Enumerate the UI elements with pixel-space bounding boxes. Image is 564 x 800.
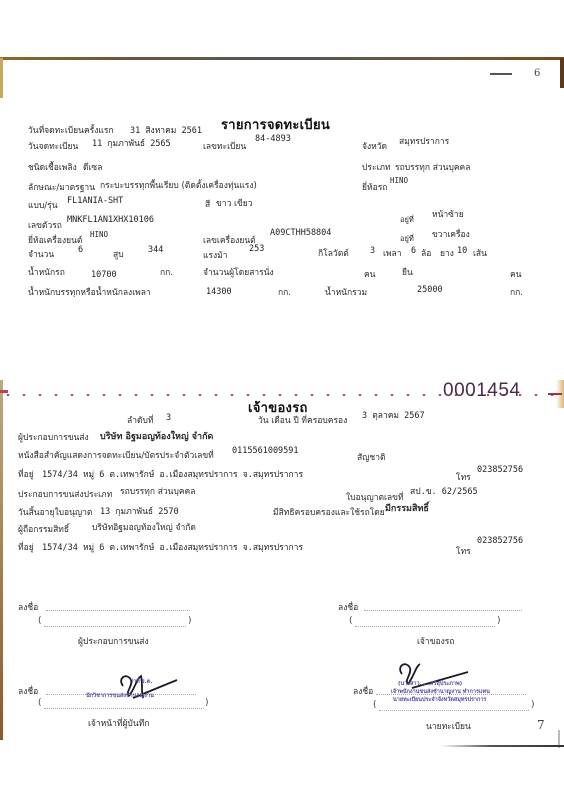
engine-brand-label: ยี่ห้อเครื่องยนต์ (28, 233, 82, 247)
load-value: 14300 (206, 287, 232, 297)
license-no-value: สป.ข. 62/2565 (410, 484, 478, 498)
tires-value: 10 (457, 246, 467, 256)
name-line-operator (44, 625, 186, 627)
seats-unit: คน (364, 267, 376, 281)
kilowatt-label: กิโลวัตต์ (318, 246, 349, 260)
owner-phone-value: 023852756 (477, 536, 523, 546)
seats-label: จำนวนผู้โดยสารนั่ง (203, 265, 274, 279)
model-label: แบบ/รุ่น (28, 198, 58, 212)
character-value: กระบะบรรทุกพื้นเรียบ (ติดตั้งเครื่องทุ่น… (100, 178, 257, 192)
name-line-owner (355, 625, 495, 627)
engine-number-value: A09CTHH58804 (270, 228, 331, 238)
license-expiry-value: 13 กุมภาพันธ์ 2570 (100, 504, 179, 518)
paren-close: ) (531, 700, 535, 710)
stamp-registrar-line-3: นายทะเบียนประจำจังหวัดสมุทรปราการ (393, 696, 486, 704)
horsepower-value: 253 (249, 244, 264, 254)
plate-value: 84-4893 (255, 134, 291, 144)
axles-unit: เพลา (383, 246, 402, 260)
load-label: น้ำหนักบรรทุกหรือน้ำหนักลงเพลา (28, 285, 151, 299)
paren-open: ( (373, 700, 377, 710)
transport-type-label: ประกอบการขนส่งประเภท (18, 487, 112, 501)
standing-label: ยืน (402, 265, 413, 279)
weight-value: 10700 (91, 270, 117, 280)
engine-number-label: เลขเครื่องยนต์ (203, 233, 256, 247)
paren-open: ( (349, 616, 353, 626)
wheels-unit: ล้อ (421, 246, 431, 260)
wheels-value: 6 (411, 246, 416, 256)
stamp-officer-top: ว่าที่ ร.ต. (130, 678, 152, 686)
operator-value: บริษัท อิฐมอญท้องใหญ่ จำกัด (100, 429, 213, 443)
first-registration-value: 31 สิงหาคม 2561 (130, 123, 202, 137)
doc-label: หนังสือสำคัญแสดงการจดทะเบียน/บัตรประจำตั… (18, 448, 214, 462)
page-number-6: 6 (534, 68, 540, 79)
signature-line-owner (364, 609, 522, 611)
paren-close: ) (188, 616, 192, 626)
section-title-registration: รายการจดทะเบียน (221, 114, 330, 135)
owner-phone-label: โทร (456, 544, 471, 558)
signature-scribble-officer (115, 668, 185, 708)
first-registration-label: วันที่จดทะเบียนครั้งแรก (28, 123, 114, 137)
page-top-edge (0, 57, 564, 60)
province-value: สมุทรปราการ (399, 134, 449, 148)
type-value: รถบรรทุก ส่วนบุคคล (395, 160, 470, 174)
character-label: ลักษณะ/มาตรฐาน (28, 180, 95, 194)
brand-value: HINO (390, 176, 408, 185)
owner-value: บริษัทอิฐมอญท้องใหญ่ จำกัด (92, 520, 196, 534)
phone-value: 023852756 (477, 465, 523, 475)
serial-number: 0001454 (443, 380, 520, 402)
name-line-registrar (379, 709, 529, 711)
signature-line-operator (46, 609, 190, 611)
load-unit: กก. (278, 285, 291, 299)
gross-weight-label: น้ำหนักรวม (325, 285, 367, 299)
perforation-left (0, 390, 8, 393)
name-line-officer (44, 707, 204, 709)
possession-date-value: 3 ตุลาคม 2567 (362, 408, 425, 422)
owner-address-label: ที่อยู่ (18, 540, 34, 554)
phone-label: โทร (456, 470, 471, 484)
axles-value: 3 (370, 246, 375, 256)
doc-value: 0115561009591 (232, 446, 299, 456)
registration-date-label: วันจดทะเบียน (28, 139, 78, 153)
signature-label-officer: ลงชื่อ (18, 684, 38, 698)
perforation-right (548, 393, 562, 395)
transport-type-value: รถบรรทุก ส่วนบุคคล (120, 484, 195, 498)
rights-label: มีสิทธิครอบครองและใช้รถโดย (273, 505, 385, 519)
nationality-label: สัญชาติ (357, 450, 386, 464)
weight-unit: กก. (160, 265, 173, 279)
signature-label-registrar: ลงชื่อ (353, 684, 373, 698)
type-label: ประเภท (362, 160, 391, 174)
page-left-edge-lower (0, 380, 3, 740)
brand-label: ยี่ห้อรถ (362, 180, 387, 194)
registration-date-value: 11 กุมภาพันธ์ 2565 (92, 136, 171, 150)
chassis-location-value: หน้าซ้าย (432, 207, 464, 221)
signature-role-registrar: นายทะเบียน (426, 719, 471, 733)
dash-mark (490, 73, 512, 75)
weight-label: น้ำหนักรถ (28, 265, 65, 279)
signature-role-owner: เจ้าของรถ (417, 634, 454, 648)
cylinders-value: 6 (78, 245, 83, 255)
page-number-7: 7 (537, 718, 545, 732)
color-value: ขาว เขียว (216, 196, 253, 210)
page-right-edge (560, 58, 564, 88)
plate-label: เลขทะเบียน (203, 139, 246, 153)
engine-location-label: อยู่ที่ (400, 233, 414, 245)
gross-weight-value: 25000 (417, 285, 443, 295)
cylinders-unit: สูบ (113, 247, 124, 261)
signature-role-operator: ผู้ประกอบการขนส่ง (78, 634, 149, 648)
stamp-registrar-line-1: (นางสาว.....ศรีสุประภาพ) (398, 680, 462, 688)
order-value: 3 (166, 413, 171, 423)
order-label: ลำดับที่ (127, 413, 154, 427)
horsepower-label: แรงม้า (203, 248, 228, 262)
chassis-value: MNKFL1AN1XHX10106 (67, 215, 154, 225)
stamp-officer: นักวิชาการขนส่งชำนาญงาน (86, 692, 154, 700)
paren-open: ( (38, 616, 42, 626)
cc-value: 344 (148, 245, 163, 255)
signature-label-owner: ลงชื่อ (338, 600, 358, 614)
tires-unit: เส้น (473, 246, 487, 260)
paren-close: ) (497, 616, 501, 626)
owner-label: ผู้ถือกรรมสิทธิ์ (18, 522, 69, 536)
chassis-location-label: อยู่ที่ (400, 214, 414, 226)
engine-location-value: ขวาเครื่อง (432, 227, 470, 241)
rights-value: มีกรรมสิทธิ์ (385, 501, 429, 515)
fuel-label: ชนิดเชื้อเพลิง (28, 160, 77, 174)
cylinders-label: จำนวน (28, 247, 54, 261)
signature-label-operator: ลงชื่อ (18, 600, 38, 614)
owner-address-value: 1574/34 หมู่ 6 ต.เทพารักษ์ อ.เมืองสมุทรป… (42, 540, 303, 554)
tires-label: ยาง (440, 246, 454, 260)
page-bottom-edge (440, 745, 564, 747)
license-expiry-label: วันสิ้นอายุใบอนุญาต (18, 505, 92, 519)
fuel-value: ดีเซล (83, 160, 102, 174)
operator-label: ผู้ประกอบการขนส่ง (18, 430, 89, 444)
page-left-edge (0, 58, 3, 98)
gross-weight-unit: กก. (510, 285, 523, 299)
color-label: สี (205, 197, 210, 211)
standing-unit: คน (510, 267, 522, 281)
address-label: ที่อยู่ (18, 467, 34, 481)
paren-close: ) (205, 698, 209, 708)
engine-brand-value: HINO (90, 230, 108, 239)
possession-date-label: วัน เดือน ปี ที่ครอบครอง (258, 413, 347, 427)
model-value: FL1ANIA-SHT (67, 196, 123, 206)
signature-role-officer: เจ้าหน้าที่ผู้บันทึก (88, 716, 149, 730)
stamp-registrar-line-2: เจ้าพนักงานขนส่งชำนาญงาน ทำการแทน (391, 688, 490, 696)
paren-open: ( (38, 698, 42, 708)
address-value: 1574/34 หมู่ 6 ต.เทพารักษ์ อ.เมืองสมุทรป… (42, 467, 303, 481)
province-label: จังหวัด (362, 139, 387, 153)
chassis-label: เลขตัวรถ (28, 218, 62, 232)
